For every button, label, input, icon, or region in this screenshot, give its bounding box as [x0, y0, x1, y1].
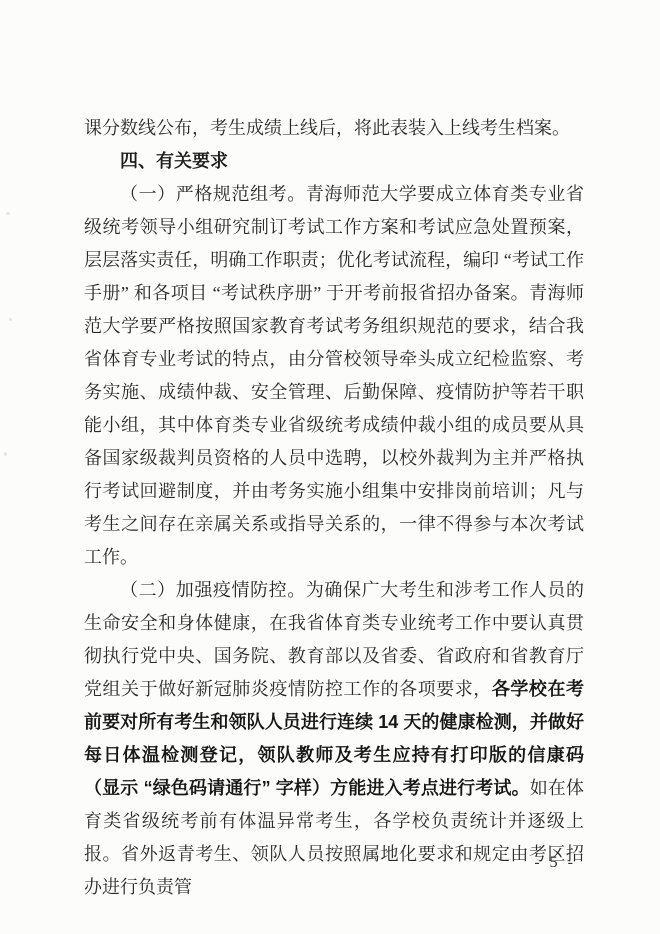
scan-artifact: [4, 452, 7, 456]
paragraph-epidemic-prevention: （二）加强疫情防控。为确保广大考生和涉考工作人员的生命安全和身体健康，在我省体育…: [84, 574, 584, 904]
paragraph-1-lead: （一）严格规范组考。: [120, 184, 306, 204]
document-text-block: 课分数线公布，考生成绩上线后，将此表装入上线考生档案。 四、有关要求 （一）严格…: [84, 112, 584, 904]
paragraph-1-body: 青海师范大学要成立体育类专业省级统考领导小组研究制订考试工作方案和考试应急处置预…: [84, 184, 584, 567]
section-heading: 四、有关要求: [84, 145, 584, 178]
page-number: - 5 -: [534, 854, 576, 872]
scan-artifact: [6, 212, 10, 215]
intro-line: 课分数线公布，考生成绩上线后，将此表装入上线考生档案。: [84, 112, 584, 145]
paragraph-2-lead: （二）加强疫情防控。: [120, 580, 306, 600]
paragraph-strict-exam-organization: （一）严格规范组考。青海师范大学要成立体育类专业省级统考领导小组研究制订考试工作…: [84, 178, 584, 574]
scan-artifact: [9, 318, 12, 321]
document-page: 课分数线公布，考生成绩上线后，将此表装入上线考生档案。 四、有关要求 （一）严格…: [0, 0, 660, 934]
